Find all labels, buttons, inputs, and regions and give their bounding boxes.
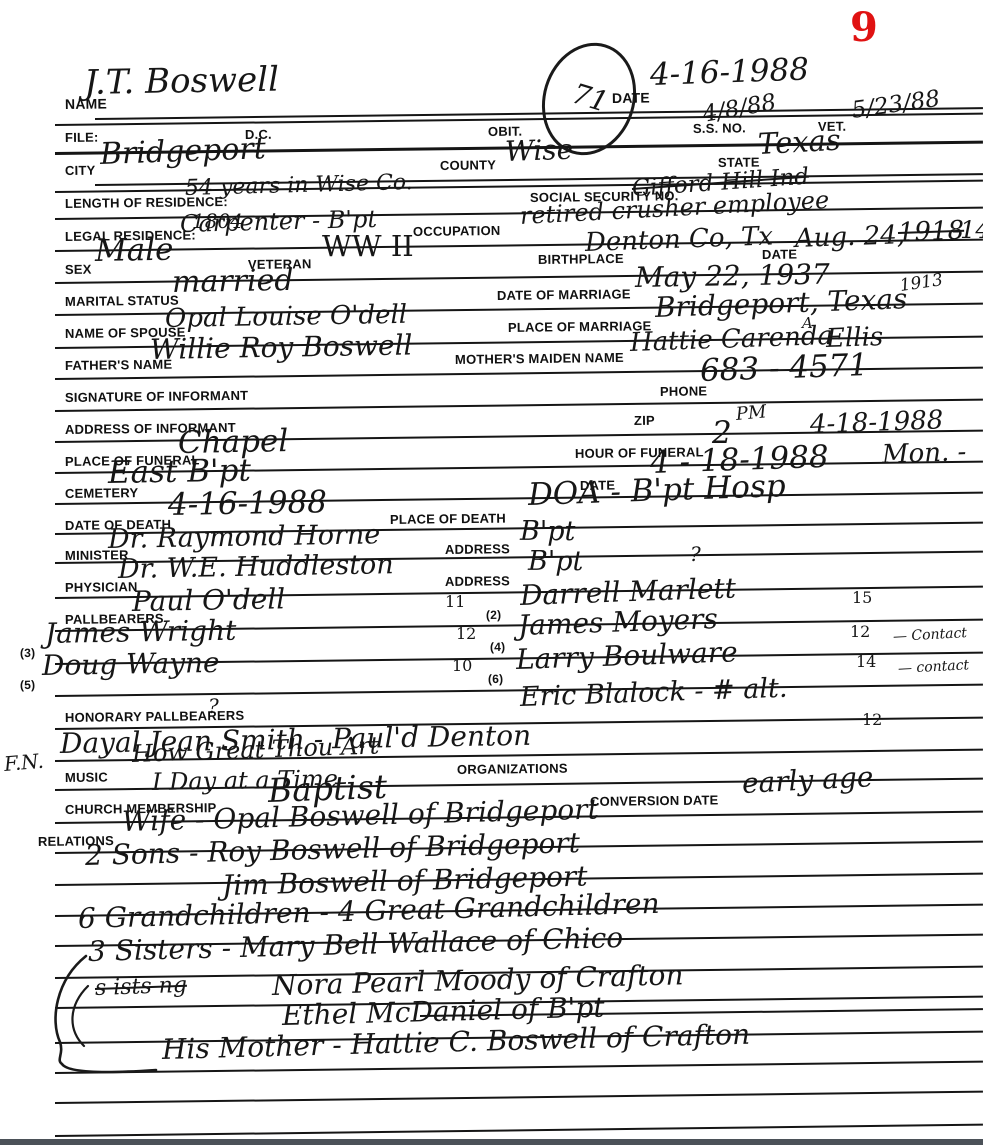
- place-of-marriage-value: Bridgeport, Texas: [655, 285, 908, 322]
- handwritten-bracket: [48, 950, 178, 1090]
- pallbearer-3-number: (3): [20, 646, 35, 660]
- birthdate-value: Aug. 24,: [795, 222, 906, 252]
- marital-status-label: MARITAL STATUS: [65, 293, 179, 309]
- pallbearer-1: Paul O'dell: [132, 585, 286, 616]
- margin-note-fn: F.N.: [3, 751, 44, 774]
- birthplace-value: Denton Co, Tx: [585, 223, 774, 256]
- honorary-pallbearer-note: 12: [862, 712, 882, 728]
- county-value: Wise: [505, 136, 574, 166]
- signature-of-informant-label: SIGNATURE OF INFORMANT: [65, 388, 248, 405]
- pallbearer-4: James Moyers: [518, 605, 719, 640]
- pallbearer-6-number: (6): [488, 672, 503, 686]
- pallbearer-3-note: 12: [456, 626, 476, 642]
- state-value: Texas: [757, 126, 841, 159]
- spouse-value: Opal Louise O'dell: [165, 302, 408, 332]
- conversion-date-value: early age: [741, 763, 874, 798]
- page-number: 9: [850, 4, 878, 51]
- county-label: COUNTY: [440, 157, 496, 173]
- minister-value: Dr. Raymond Horne: [108, 521, 381, 553]
- zip-label: ZIP: [634, 413, 655, 428]
- sex-value: Male: [95, 235, 174, 267]
- honorary-pallbearer-value: Eric Blalock - # alt.: [520, 675, 788, 711]
- form-rule: [55, 1091, 983, 1104]
- city-value: Bridgeport: [99, 134, 266, 170]
- pallbearer-6-contact-note: — contact: [898, 658, 970, 676]
- place-of-death-value: DOA - B'pt Hosp: [527, 471, 786, 511]
- relation-mother: His Mother - Hattie C. Boswell of Crafto…: [162, 1021, 751, 1064]
- ssno-note: 4/8/88: [701, 91, 778, 127]
- pallbearer-2-note: 15: [852, 590, 872, 606]
- date-label: DATE: [612, 90, 650, 106]
- veteran-value: WW II: [322, 232, 414, 261]
- date-of-death-value: 4-16-1988: [168, 487, 328, 521]
- organizations-label: ORGANIZATIONS: [457, 761, 568, 777]
- file-label: FILE:: [65, 130, 99, 145]
- honorary-question-mark: ?: [208, 696, 219, 716]
- pallbearer-4-note: 12: [850, 624, 870, 640]
- pallbearer-6: Larry Boulware: [516, 638, 739, 674]
- pallbearer-5: Doug Wayne: [42, 649, 220, 680]
- pallbearer-1-note: 11: [445, 594, 465, 610]
- pallbearer-6-note: 14: [856, 654, 876, 670]
- pallbearer-5-number: (5): [20, 678, 35, 692]
- name-value: J.T. Boswell: [84, 63, 280, 100]
- age-value: 71: [568, 77, 612, 119]
- physician-value: Dr. W.E. Huddleston: [118, 551, 394, 583]
- conversion-date-label: CONVERSION DATE: [590, 792, 719, 809]
- length-of-residence-value: 54 years in Wise Co.: [185, 172, 413, 200]
- physician-address-label: ADDRESS: [445, 573, 510, 589]
- physician-address-value: B'pt: [528, 548, 583, 575]
- physician-address-question-mark: ?: [690, 544, 701, 564]
- place-of-death-label: PLACE OF DEATH: [390, 511, 506, 527]
- city-label: CITY: [65, 163, 96, 178]
- pallbearer-2-number: (2): [486, 608, 501, 622]
- minister-address-value: B'pt: [520, 518, 575, 545]
- vet-note: 5/23/88: [850, 88, 941, 123]
- mother-name-superscript: A: [802, 316, 813, 331]
- pallbearer-5-note: 10: [452, 658, 472, 674]
- pallbearer-4-number: (4): [490, 640, 505, 654]
- birthdate-suffix: -14: [952, 218, 983, 242]
- pallbearer-3: James Wright: [45, 617, 237, 648]
- funeral-date-inline: 4-18-1988: [810, 407, 944, 438]
- cemetery-value: East B'pt: [108, 456, 251, 489]
- hour-am-pm: PM: [735, 403, 767, 424]
- occupation-label: OCCUPATION: [413, 223, 501, 239]
- marital-status-value: married: [172, 266, 294, 298]
- phone-value: 683 - 4571: [699, 350, 868, 387]
- mother-maiden-name-label: MOTHER'S MAIDEN NAME: [455, 350, 624, 367]
- sex-label: SEX: [65, 262, 92, 277]
- father-name-value: Willie Roy Boswell: [150, 331, 413, 364]
- funeral-record-sheet: 9 NAME J.T. Boswell 71 DATE 4-16-1988 FI…: [0, 0, 983, 1145]
- music-label: MUSIC: [65, 769, 108, 785]
- pallbearer-4-contact-note: — Contact: [893, 626, 968, 644]
- date-of-marriage-label: DATE OF MARRIAGE: [497, 286, 631, 303]
- minister-address-label: ADDRESS: [445, 541, 510, 557]
- music-song-1: How Great Thou Art: [132, 733, 380, 766]
- form-rule: [55, 1124, 983, 1137]
- burial-date-note: Mon. -: [882, 439, 967, 468]
- scan-edge-bar: [0, 1139, 983, 1145]
- date-value: 4-16-1988: [649, 54, 809, 91]
